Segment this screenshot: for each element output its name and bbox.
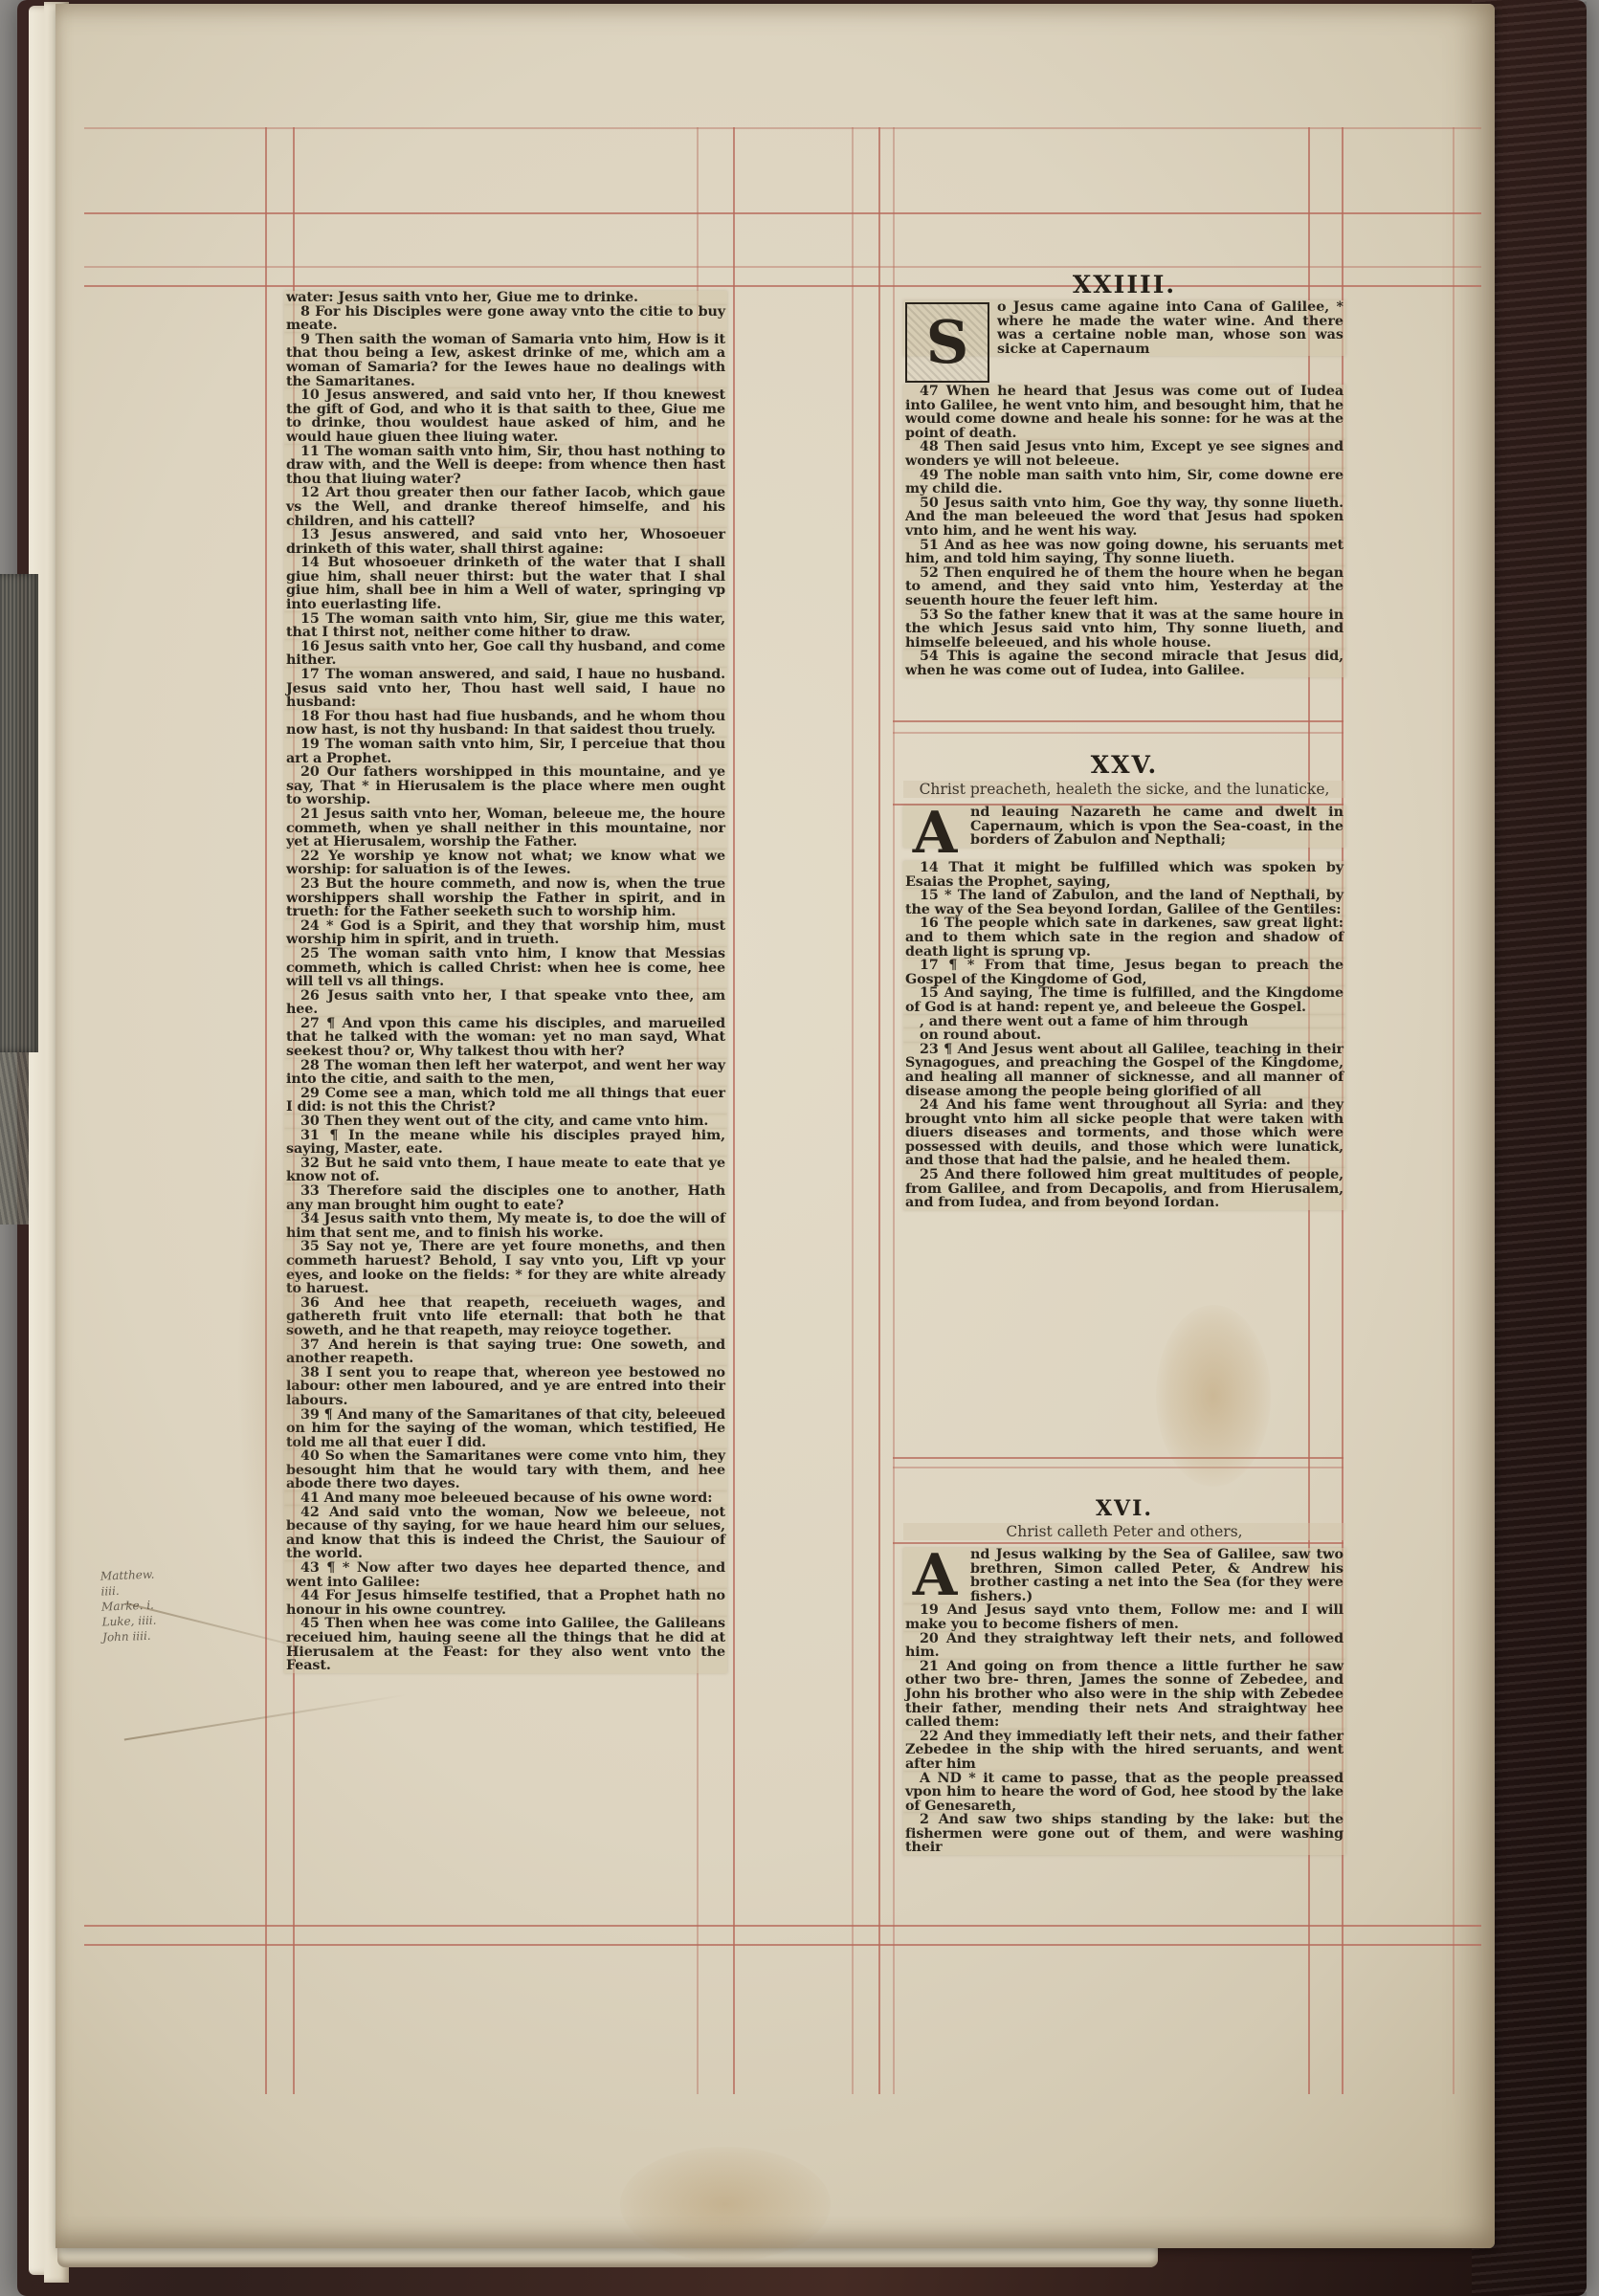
intro-text: nd Jesus walking by the Sea of Galilee, … bbox=[970, 1547, 1344, 1604]
text-line: 40 So when the Samaritanes were come vnt… bbox=[284, 1449, 727, 1491]
text-line: 53 So the father knew that it was at the… bbox=[903, 608, 1345, 651]
text-line: 19 The woman saith vnto him, Sir, I perc… bbox=[284, 738, 727, 765]
section-xxiiii: XXIIII. So Jesus came againe into Cana o… bbox=[903, 271, 1345, 677]
text-line: 35 Say not ye, There are yet foure monet… bbox=[284, 1240, 727, 1295]
text-line: 41 And many moe beleeued because of his … bbox=[284, 1491, 727, 1506]
text-line: 49 The noble man saith vnto him, Sir, co… bbox=[903, 469, 1345, 497]
paper-stain-bottom bbox=[620, 2147, 831, 2262]
text-line: 2 And saw two ships standing by the lake… bbox=[903, 1813, 1345, 1855]
text-line: 25 The woman saith vnto him, I know that… bbox=[284, 947, 727, 989]
xxv-verses: 14 That it might be fulfilled which was … bbox=[903, 861, 1345, 1210]
ruled-line-vert-left-1 bbox=[265, 127, 267, 2094]
text-line: 11 The woman saith vnto him, Sir, thou h… bbox=[284, 445, 727, 487]
xxiiii-verses: 47 When he heard that Jesus was come out… bbox=[903, 385, 1345, 677]
text-line: 10 Jesus answered, and said vnto her, If… bbox=[284, 388, 727, 444]
text-line: 20 And they straightway left their nets,… bbox=[903, 1632, 1345, 1660]
text-line: 30 Then they went out of the city, and c… bbox=[284, 1115, 727, 1129]
text-line: 12 Art thou greater then our father Iaco… bbox=[284, 486, 727, 528]
text-line: 8 For his Disciples were gone away vnto … bbox=[284, 305, 727, 333]
chapter-subtitle-xxv: Christ preacheth, healeth the sicke, and… bbox=[903, 781, 1345, 798]
text-line: 22 And they immediatly left their nets, … bbox=[903, 1730, 1345, 1772]
intro-text: nd leauing Nazareth he came and dwelt in… bbox=[970, 805, 1344, 848]
section-xxv: XXV. Christ preacheth, healeth the sicke… bbox=[903, 751, 1345, 1210]
text-line: 20 Our fathers worshipped in this mounta… bbox=[284, 765, 727, 807]
text-line: 22 Ye worship ye know not what; we know … bbox=[284, 850, 727, 877]
text-line: 15 The woman saith vnto him, Sir, giue m… bbox=[284, 612, 727, 640]
text-line: 16 Jesus saith vnto her, Goe call thy hu… bbox=[284, 640, 727, 668]
divider-xxv-xvi-1 bbox=[893, 1457, 1344, 1459]
divider-xxiiii-xxv-1 bbox=[893, 720, 1344, 722]
chapter-subtitle-xvi: Christ calleth Peter and others, bbox=[903, 1523, 1345, 1540]
ruled-line-vert-gutter-2 bbox=[733, 127, 735, 2094]
divider-xxv-xvi-2 bbox=[893, 1467, 1344, 1468]
ruled-line-vert-pageedge bbox=[1453, 127, 1455, 2094]
text-line: 24 * God is a Spirit, and they that wors… bbox=[284, 919, 727, 947]
text-line: 21 Jesus saith vnto her, Woman, beleeue … bbox=[284, 807, 727, 850]
text-line: A ND * it came to passe, that as the peo… bbox=[903, 1772, 1345, 1814]
section-xvi: XVI. Christ calleth Peter and others, An… bbox=[903, 1496, 1345, 1855]
divider-xxiiii-xxv-2 bbox=[893, 732, 1344, 734]
text-line: 29 Come see a man, which told me all thi… bbox=[284, 1087, 727, 1115]
paper-stain bbox=[1156, 1305, 1271, 1487]
text-line: 27 ¶ And vpon this came his disciples, a… bbox=[284, 1017, 727, 1059]
text-line: 23 But the houre commeth, and now is, wh… bbox=[284, 877, 727, 919]
text-line: 15 * The land of Zabulon, and the land o… bbox=[903, 889, 1345, 916]
text-line: 25 And there followed him great multitud… bbox=[903, 1168, 1345, 1210]
intro-text: o Jesus came againe into Cana of Galilee… bbox=[997, 299, 1344, 357]
woodcut-initial-a: A bbox=[905, 806, 965, 861]
text-line: 31 ¶ In the meane while his disciples pr… bbox=[284, 1129, 727, 1157]
text-line: 39 ¶ And many of the Samaritanes of that… bbox=[284, 1408, 727, 1450]
text-line: 48 Then said Jesus vnto him, Except ye s… bbox=[903, 440, 1345, 468]
section-xxv-intro: And leauing Nazareth he came and dwelt i… bbox=[903, 806, 1345, 848]
ruled-line-vert-gutter-4 bbox=[878, 127, 880, 2094]
text-line: 16 The people which sate in darkenes, sa… bbox=[903, 916, 1345, 959]
chapter-heading-xxiiii: XXIIII. bbox=[903, 271, 1345, 298]
text-line: 34 Jesus saith vnto them, My meate is, t… bbox=[284, 1212, 727, 1240]
text-line: 23 ¶ And Jesus went about all Galilee, t… bbox=[903, 1043, 1345, 1098]
woodcut-initial-s: S bbox=[905, 302, 989, 383]
text-line: 28 The woman then left her waterpot, and… bbox=[284, 1059, 727, 1087]
verse-continuation: water: Jesus saith vnto her, Giue me to … bbox=[284, 291, 727, 305]
section-xvi-intro: And Jesus walking by the Sea of Galilee,… bbox=[903, 1548, 1345, 1603]
left-verses: 8 For his Disciples were gone away vnto … bbox=[284, 305, 727, 1673]
text-line: , and there went out a fame of him throu… bbox=[903, 1015, 1345, 1029]
text-line: 24 And his fame went throughout all Syri… bbox=[903, 1098, 1345, 1168]
text-line: 33 Therefore said the disciples one to a… bbox=[284, 1184, 727, 1212]
text-line: 37 And herein is that saying true: One s… bbox=[284, 1338, 727, 1366]
text-line: 38 I sent you to reape that, whereon yee… bbox=[284, 1366, 727, 1408]
ruled-line-vert-gutter-3 bbox=[852, 127, 854, 2094]
text-line: 14 That it might be fulfilled which was … bbox=[903, 861, 1345, 889]
text-line: 15 And saying, The time is fulfilled, an… bbox=[903, 986, 1345, 1014]
text-line: 21 And going on from thence a little fur… bbox=[903, 1660, 1345, 1730]
text-line: 51 And as hee was now going downe, his s… bbox=[903, 539, 1345, 566]
text-line: 52 Then enquired he of them the houre wh… bbox=[903, 566, 1345, 608]
engraving-fragment-2 bbox=[0, 1052, 29, 1225]
text-line: 54 This is againe the second miracle tha… bbox=[903, 650, 1345, 677]
text-line: 26 Jesus saith vnto her, I that speake v… bbox=[284, 989, 727, 1017]
chapter-heading-xxv: XXV. bbox=[903, 751, 1345, 779]
photograph-background: water: Jesus saith vnto her, Giue me to … bbox=[0, 0, 1599, 2296]
engraving-fragment bbox=[0, 574, 38, 1052]
text-line: 18 For thou hast had fiue husbands, and … bbox=[284, 710, 727, 738]
text-line: 14 But whosoeuer drinketh of the water t… bbox=[284, 556, 727, 611]
gospel-reference-margin-note: Matthew.iiii.Marke. i.Luke, iiii.John ii… bbox=[100, 1565, 189, 1645]
text-line: 19 And Jesus sayd vnto them, Follow me: … bbox=[903, 1603, 1345, 1631]
text-line: 45 Then when hee was come into Galilee, … bbox=[284, 1617, 727, 1672]
text-line: 47 When he heard that Jesus was come out… bbox=[903, 385, 1345, 440]
left-text-column: water: Jesus saith vnto her, Giue me to … bbox=[284, 291, 727, 1673]
text-line: 17 ¶ * From that time, Jesus began to pr… bbox=[903, 959, 1345, 986]
section-xxiiii-intro: So Jesus came againe into Cana of Galile… bbox=[903, 300, 1345, 356]
text-line: 36 And hee that reapeth, receiueth wages… bbox=[284, 1296, 727, 1338]
ruled-line-vert-rightcol-left bbox=[893, 127, 895, 2094]
xvi-verses: 19 And Jesus sayd vnto them, Follow me: … bbox=[903, 1603, 1345, 1855]
text-line: 50 Jesus saith vnto him, Goe thy way, th… bbox=[903, 497, 1345, 539]
text-line: 32 But he said vnto them, I haue meate t… bbox=[284, 1157, 727, 1184]
text-line: John iiii. bbox=[102, 1626, 189, 1645]
text-line: 42 And said vnto the woman, Now we belee… bbox=[284, 1506, 727, 1561]
text-line: 9 Then saith the woman of Samaria vnto h… bbox=[284, 333, 727, 388]
text-line: on round about. bbox=[903, 1028, 1345, 1043]
text-line: 13 Jesus answered, and said vnto her, Wh… bbox=[284, 528, 727, 556]
text-line: 44 For Jesus himselfe testified, that a … bbox=[284, 1589, 727, 1617]
page: water: Jesus saith vnto her, Giue me to … bbox=[56, 4, 1495, 2248]
woodcut-initial-a2: A bbox=[905, 1548, 965, 1603]
text-line: 43 ¶ * Now after two dayes hee departed … bbox=[284, 1561, 727, 1589]
text-line: 17 The woman answered, and said, I haue … bbox=[284, 668, 727, 710]
chapter-heading-xvi: XVI. bbox=[903, 1496, 1345, 1521]
